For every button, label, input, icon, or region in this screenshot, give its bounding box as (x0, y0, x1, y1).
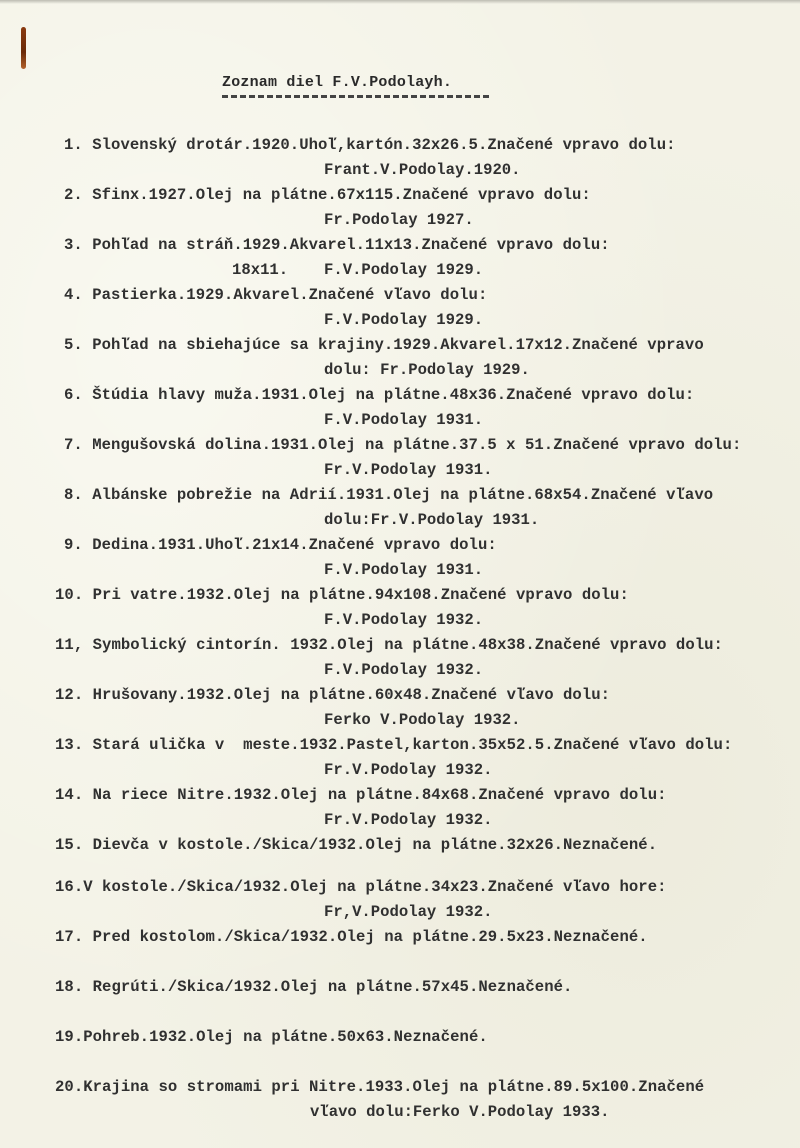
entry-14: 14. Na riece Nitre.1932.Olej na plátne.8… (55, 786, 667, 804)
entry-20-signature: vľavo dolu:Ferko V.Podolay 1933. (310, 1103, 609, 1121)
entry-20: 20.Krajina so stromami pri Nitre.1933.Ol… (55, 1078, 704, 1096)
entry-9-signature: F.V.Podolay 1931. (324, 561, 483, 579)
rust-staple-mark (21, 27, 26, 69)
entry-7: 7. Mengušovská dolina.1931.Olej na plátn… (64, 436, 741, 454)
entry-18: 18. Regrúti./Skica/1932.Olej na plátne.5… (55, 978, 572, 996)
entry-3-size-note: 18x11. (232, 261, 288, 279)
entry-6: 6. Štúdia hlavy muža.1931.Olej na plátne… (64, 386, 694, 404)
paper-top-edge (0, 0, 800, 4)
entry-12-signature: Ferko V.Podolay 1932. (324, 711, 521, 729)
entry-4-signature: F.V.Podolay 1929. (324, 311, 483, 329)
entry-6-signature: F.V.Podolay 1931. (324, 411, 483, 429)
entry-4: 4. Pastierka.1929.Akvarel.Značené vľavo … (64, 286, 487, 304)
entry-14-signature: Fr.V.Podolay 1932. (324, 811, 492, 829)
entry-2: 2. Sfinx.1927.Olej na plátne.67x115.Znač… (64, 186, 591, 204)
entry-16-signature: Fr,V.Podolay 1932. (324, 903, 492, 921)
entry-19: 19.Pohreb.1932.Olej na plátne.50x63.Nezn… (55, 1028, 488, 1046)
entry-9: 9. Dedina.1931.Uhoľ.21x14.Značené vpravo… (64, 536, 497, 554)
entry-11: 11, Symbolický cintorín. 1932.Olej na pl… (55, 636, 723, 654)
entry-2-signature: Fr.Podolay 1927. (324, 211, 474, 229)
entry-11-signature: F.V.Podolay 1932. (324, 661, 483, 679)
entry-5: 5. Pohľad na sbiehajúce sa krajiny.1929.… (64, 336, 704, 354)
typewritten-page: Zoznam diel F.V.Podolayh. 1. Slovenský d… (0, 0, 800, 1148)
entry-3-signature: F.V.Podolay 1929. (324, 261, 483, 279)
entry-7-signature: Fr.V.Podolay 1931. (324, 461, 492, 479)
entry-1-signature: Frant.V.Podolay.1920. (324, 161, 521, 179)
entry-16: 16.V kostole./Skica/1932.Olej na plátne.… (55, 878, 667, 896)
entry-8-signature: dolu:Fr.V.Podolay 1931. (324, 511, 539, 529)
entry-15: 15. Dievča v kostole./Skica/1932.Olej na… (55, 836, 657, 854)
entry-3: 3. Pohľad na stráň.1929.Akvarel.11x13.Zn… (64, 236, 610, 254)
entry-8: 8. Albánske pobrežie na Adrií.1931.Olej … (64, 486, 713, 504)
entry-12: 12. Hrušovany.1932.Olej na plátne.60x48.… (55, 686, 610, 704)
entry-10-signature: F.V.Podolay 1932. (324, 611, 483, 629)
entry-10: 10. Pri vatre.1932.Olej na plátne.94x108… (55, 586, 629, 604)
entry-1: 1. Slovenský drotár.1920.Uhoľ,kartón.32x… (64, 136, 676, 154)
entry-13: 13. Stará ulička v meste.1932.Pastel,kar… (55, 736, 732, 754)
entry-13-signature: Fr.V.Podolay 1932. (324, 761, 492, 779)
title-underline (222, 95, 489, 98)
entry-5-signature: dolu: Fr.Podolay 1929. (324, 361, 530, 379)
entry-17: 17. Pred kostolom./Skica/1932.Olej na pl… (55, 928, 648, 946)
document-title: Zoznam diel F.V.Podolayh. (222, 74, 452, 91)
